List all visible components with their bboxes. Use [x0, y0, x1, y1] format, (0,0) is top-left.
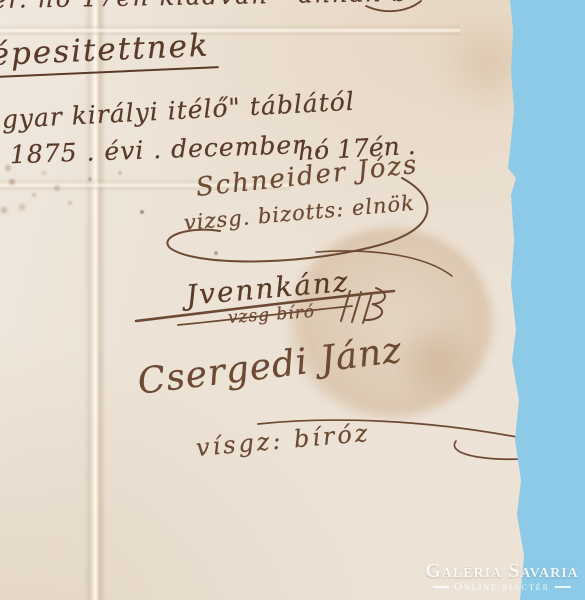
- watermark-dash-right: [555, 586, 571, 588]
- listing-photo: er. hó 17én kiadván - annak b képesitett…: [0, 0, 585, 600]
- watermark-subtitle: Online piactér: [454, 581, 550, 593]
- watermark-title: Galéria Savaria: [424, 560, 580, 583]
- handwritten-heading-underlined: képesitettnek: [0, 27, 219, 79]
- watermark-galeria-savaria: Galéria Savaria Online piactér: [424, 560, 580, 593]
- handwritten-line-royal-court: agyar királyi itélő" táblától: [0, 87, 355, 135]
- foxing-stain-top-right: [428, 16, 548, 111]
- signature-3-title: vísgz: bíróz: [195, 419, 372, 462]
- fold-crease-vertical: [84, 0, 106, 600]
- watermark-dash-left: [433, 586, 449, 588]
- foxing-stain-small: [392, 322, 482, 402]
- document-paper: er. hó 17én kiadván - annak b képesitett…: [0, 0, 585, 600]
- handwritten-line-issued: er. hó 17én kiadván - annak b: [0, 0, 409, 14]
